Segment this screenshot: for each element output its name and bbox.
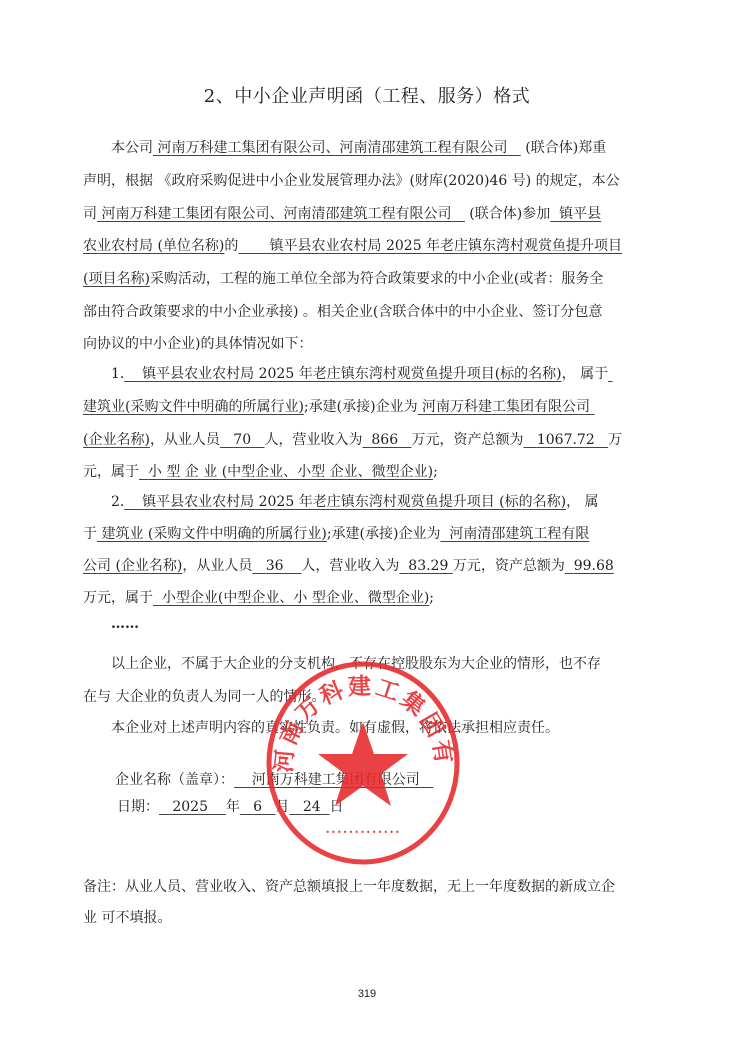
text: 采购活动，工程的施工单位全部为符合政策要求的中小企业(或者：服务全 <box>150 271 603 287</box>
item-2-line-1: 2. 镇平县农业农村局 2025 年老庄镇东湾村观赏鱼提升项目 (标的名称)， … <box>83 492 681 512</box>
text: 元，属于 <box>83 464 139 480</box>
text: 万元，资产总额为 <box>411 432 523 448</box>
company-name-label: 企业名称（盖章）： <box>115 772 234 788</box>
revenue-value: 866 <box>371 432 398 448</box>
intro-line-2: 声明，根据 《政府采购促进中小企业发展管理办法》(财库(2020)46 号) 的… <box>83 171 653 191</box>
assets-value: 1067.72 <box>537 432 595 448</box>
target-name-value: 镇平县农业农村局 2025 年老庄镇东湾村观赏鱼提升项目(标的名称) <box>142 366 561 382</box>
revenue-value: 83.29 <box>408 558 448 574</box>
revenue-field: 866 <box>362 432 411 448</box>
ellipsis: …… <box>83 614 681 634</box>
assets-field: 99.68 <box>565 558 614 574</box>
page-title: 2、中小企业声明函（工程、服务）格式 <box>0 82 734 108</box>
text: 的 <box>224 238 238 254</box>
joint-company-field: 河南万科建工集团有限公司、河南清邵建筑工程有限公司 <box>153 140 521 156</box>
item-1-line-2: 建筑业(采购文件中明确的所属行业);承建(承接)企业为 河南万科建工集团有限公司 <box>83 397 653 417</box>
stamp-text: 河南万科建工集团有限公司 <box>263 660 458 774</box>
joint-company-value: 河南万科建工集团有限公司、河南清邵建筑工程有限公司 <box>157 140 507 156</box>
intro-line-6: 部由符合政策要求的中小企业承接) 。相关企业(含联合体中的中小企业、签订分包意 <box>83 302 653 322</box>
contractor-label: (企业名称) <box>83 432 150 448</box>
intro-line-1: 本公司 河南万科建工集团有限公司、河南清邵建筑工程有限公司 (联合体)郑重 <box>83 138 681 158</box>
staff-value: 70 <box>233 432 251 448</box>
note-line-1: 备注：从业人员、营业收入、资产总额填报上一年度数据，无上一年度数据的新成立企 <box>83 877 653 897</box>
text: 司 <box>83 206 97 222</box>
industry-value: 建筑业(采购文件中明确的所属行业) <box>83 399 304 415</box>
day-field: 24 <box>289 799 329 815</box>
revenue-field: 83.29 <box>399 558 452 574</box>
text: (联合体)参加 <box>469 206 550 222</box>
text: 万 <box>608 432 622 448</box>
item-number: 2. <box>111 494 124 510</box>
item-1-line-1: 1. 镇平县农业农村局 2025 年老庄镇东湾村观赏鱼提升项目(标的名称)， 属… <box>83 364 681 384</box>
day-value: 24 <box>303 799 321 815</box>
unit-name-field: 镇平县 <box>550 206 601 222</box>
declaration-line-2: 在与 大企业的负责人为同一人的情形。 <box>83 687 653 707</box>
month-value: 6 <box>253 799 262 815</box>
text: ，从业人员 <box>182 558 252 574</box>
stamp-serial: ••••••••••••• <box>325 828 401 837</box>
intro-line-4: 农业农村局 (单位名称)的 镇平县农业农村局 2025 年老庄镇东湾村观赏鱼提升… <box>83 236 653 256</box>
text: (联合体)郑重 <box>525 140 606 156</box>
contractor-value: 河南清邵建筑工程有限 <box>449 526 589 542</box>
staff-value: 36 <box>266 558 284 574</box>
text: ; <box>429 590 434 606</box>
declaration-line-3: 本企业对上述声明内容的真实性负责。如有虚假，将依法承担相应责任。 <box>83 718 681 738</box>
joint-company-value: 河南万科建工集团有限公司、河南清邵建筑工程有限公司 <box>101 206 451 222</box>
industry-value: 建筑业 (采购文件中明确的所属行业) <box>101 526 326 542</box>
item-2-line-4: 万元，属于 小型企业(中型企业、小 型企业、微型企业); <box>83 588 653 608</box>
item-number: 1. <box>111 366 124 382</box>
project-name-value: 镇平县农业农村局 2025 年老庄镇东湾村观赏鱼提升项目 <box>270 238 623 254</box>
size-field: 小型企业(中型企业、小 型企业、微型企业) <box>153 590 429 606</box>
intro-line-5: (项目名称)采购活动，工程的施工单位全部为符合政策要求的中小企业(或者：服务全 <box>83 269 653 289</box>
intro-line-7: 向协议的中小企业)的具体情况如下： <box>83 334 653 354</box>
text: 月 <box>275 799 289 815</box>
signature-date: 日期： 2025 年 6 月 24 日 <box>117 797 687 817</box>
text: 年 <box>226 799 240 815</box>
contractor-field: 河南清邵建筑工程有限 <box>440 526 589 542</box>
target-name-field: 镇平县农业农村局 2025 年老庄镇东湾村观赏鱼提升项目(标的名称) <box>124 366 561 382</box>
page-number: 319 <box>0 988 734 1000</box>
item-1-line-3: (企业名称)，从业人员 70 人，营业收入为 866 万元，资产总额为 1067… <box>83 430 653 450</box>
text: 万元，资产总额为 <box>453 558 565 574</box>
contractor-value: 河南万科建工集团有限公司 <box>422 399 590 415</box>
item-1-line-4: 元，属于 小 型 企 业 (中型企业、小型 企业、微型企业); <box>83 462 653 482</box>
text: 于 <box>83 526 97 542</box>
note-line-2: 业 可不填报。 <box>83 908 653 928</box>
size-value: 小型企业(中型企业、小 型企业、微型企业) <box>162 590 429 606</box>
text: ， 属 <box>566 494 598 510</box>
assets-field: 1067.72 <box>523 432 608 448</box>
company-name-field: 河南万科建工集团有限公司 <box>234 772 433 788</box>
year-field: 2025 <box>159 799 226 815</box>
text: 万元，属于 <box>83 590 153 606</box>
target-name-value: 镇平县农业农村局 2025 年老庄镇东湾村观赏鱼提升项目 (标的名称) <box>142 494 566 510</box>
company-name-value: 河南万科建工集团有限公司 <box>252 772 420 788</box>
date-label: 日期： <box>117 799 159 815</box>
size-field: 小 型 企 业 (中型企业、小型 企业、微型企业) <box>139 464 433 480</box>
unit-name-value: 镇平县 <box>559 206 601 222</box>
blank <box>608 366 612 382</box>
svg-text:河南万科建工集团有限公司: 河南万科建工集团有限公司 <box>263 660 458 774</box>
contractor-field: 河南万科建工集团有限公司 <box>418 399 595 415</box>
unit-name-value: 农业农村局 (单位名称) <box>83 238 224 254</box>
assets-value: 99.68 <box>574 558 614 574</box>
staff-field: 36 <box>252 558 301 574</box>
text: ;承建(承接)企业为 <box>327 526 441 542</box>
text: ; <box>433 464 438 480</box>
size-value: 小 型 企 业 (中型企业、小型 企业、微型企业) <box>148 464 433 480</box>
text: 本公司 <box>111 140 153 156</box>
declaration-line-1: 以上企业，不属于大企业的分支机构，不存在控股股东为大企业的情形，也不存 <box>83 654 681 674</box>
project-name-field: 镇平县农业农村局 2025 年老庄镇东湾村观赏鱼提升项目 <box>238 238 622 254</box>
document-page: 2、中小企业声明函（工程、服务）格式 本公司 河南万科建工集团有限公司、河南清邵… <box>0 0 734 1039</box>
text: ;承建(承接)企业为 <box>304 399 418 415</box>
contractor-label: 公司 (企业名称) <box>83 558 182 574</box>
intro-line-3: 司 河南万科建工集团有限公司、河南清邵建筑工程有限公司 (联合体)参加 镇平县 <box>83 204 653 224</box>
staff-field: 70 <box>220 432 265 448</box>
text: ， 属于 <box>562 366 608 382</box>
item-2-line-3: 公司 (企业名称)，从业人员 36 人，营业收入为 83.29 万元，资产总额为… <box>83 556 653 576</box>
month-field: 6 <box>240 799 276 815</box>
text: ，从业人员 <box>150 432 220 448</box>
target-name-field: 镇平县农业农村局 2025 年老庄镇东湾村观赏鱼提升项目 (标的名称) <box>124 494 566 510</box>
year-value: 2025 <box>172 799 208 815</box>
joint-company-field: 河南万科建工集团有限公司、河南清邵建筑工程有限公司 <box>97 206 465 222</box>
signature-company: 企业名称（盖章）： 河南万科建工集团有限公司 <box>115 770 685 790</box>
text: 人，营业收入为 <box>301 558 399 574</box>
item-2-line-2: 于 建筑业 (采购文件中明确的所属行业);承建(承接)企业为 河南清邵建筑工程有… <box>83 524 653 544</box>
industry-field: 建筑业 (采购文件中明确的所属行业) <box>97 526 327 542</box>
project-name-label: (项目名称) <box>83 271 150 287</box>
text: 人，营业收入为 <box>264 432 362 448</box>
text: 日 <box>330 799 344 815</box>
